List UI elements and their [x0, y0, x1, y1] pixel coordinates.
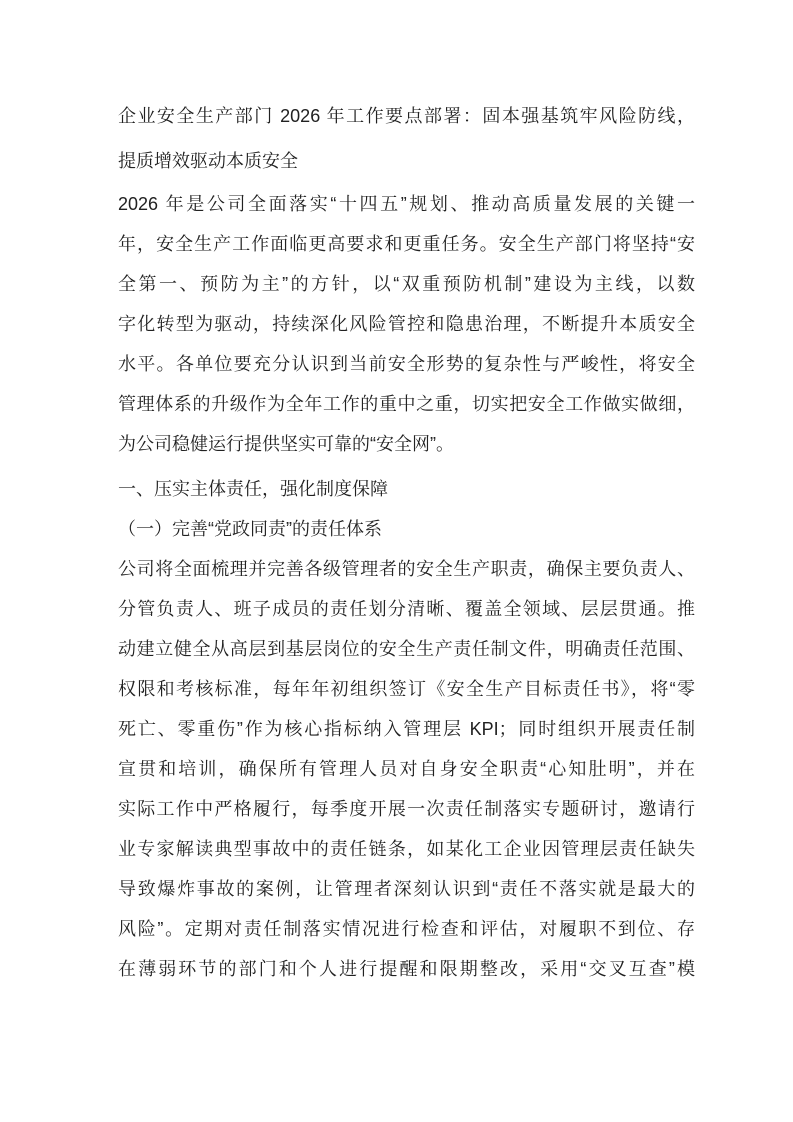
document-title: 企业安全生产部门 2026 年工作要点部署：固本强基筑牢风险防线，提质增效驱动本… — [118, 94, 695, 184]
text-line: 权限和考核标准，每年年初组织签订《安全生产目标责任书》，将“零 — [118, 669, 695, 709]
text-line: 水平。各单位要充分认识到当前安全形势的复杂性与严峻性，将安全 — [118, 344, 695, 384]
text-line: 风险”。定期对责任制落实情况进行检查和评估，对履职不到位、存 — [118, 909, 695, 949]
text-line: 字化转型为驱动，持续深化风险管控和隐患治理，不断提升本质安全 — [118, 304, 695, 344]
text-line: （一）完善“党政同责”的责任体系 — [118, 509, 695, 549]
document-page: 企业安全生产部门 2026 年工作要点部署：固本强基筑牢风险防线，提质增效驱动本… — [0, 0, 793, 1122]
text-line: 宣贯和培训，确保所有管理人员对自身安全职责“心知肚明”，并在 — [118, 749, 695, 789]
body-paragraph: 公司将全面梳理并完善各级管理者的安全生产职责，确保主要负责人、分管负责人、班子成… — [118, 549, 695, 989]
subsection-heading: （一）完善“党政同责”的责任体系 — [118, 509, 695, 549]
section-heading: 一、压实主体责任，强化制度保障 — [118, 469, 695, 509]
text-line: 2026 年是公司全面落实“十四五”规划、推动高质量发展的关键一 — [118, 184, 695, 224]
text-line: 管理体系的升级作为全年工作的重中之重，切实把安全工作做实做细， — [118, 384, 695, 424]
body-paragraph: 2026 年是公司全面落实“十四五”规划、推动高质量发展的关键一年，安全生产工作… — [118, 184, 695, 464]
text-line: 公司将全面梳理并完善各级管理者的安全生产职责，确保主要负责人、 — [118, 549, 695, 589]
text-line: 死亡、零重伤”作为核心指标纳入管理层 KPI；同时组织开展责任制 — [118, 709, 695, 749]
text-line: 提质增效驱动本质安全 — [118, 139, 695, 184]
text-line: 年，安全生产工作面临更高要求和更重任务。安全生产部门将坚持“安 — [118, 224, 695, 264]
text-line: 导致爆炸事故的案例，让管理者深刻认识到“责任不落实就是最大的 — [118, 869, 695, 909]
text-line: 动建立健全从高层到基层岗位的安全生产责任制文件，明确责任范围、 — [118, 629, 695, 669]
text-line: 全第一、预防为主”的方针，以“双重预防机制”建设为主线，以数 — [118, 264, 695, 304]
text-line: 企业安全生产部门 2026 年工作要点部署：固本强基筑牢风险防线， — [118, 94, 695, 139]
text-line: 业专家解读典型事故中的责任链条，如某化工企业因管理层责任缺失 — [118, 829, 695, 869]
text-line: 分管负责人、班子成员的责任划分清晰、覆盖全领域、层层贯通。推 — [118, 589, 695, 629]
document-content: 企业安全生产部门 2026 年工作要点部署：固本强基筑牢风险防线，提质增效驱动本… — [118, 94, 695, 989]
text-line: 实际工作中严格履行，每季度开展一次责任制落实专题研讨，邀请行 — [118, 789, 695, 829]
text-line: 一、压实主体责任，强化制度保障 — [118, 469, 695, 509]
text-line: 为公司稳健运行提供坚实可靠的“安全网”。 — [118, 424, 695, 464]
text-line: 在薄弱环节的部门和个人进行提醒和限期整改，采用“交叉互查”模 — [118, 949, 695, 989]
